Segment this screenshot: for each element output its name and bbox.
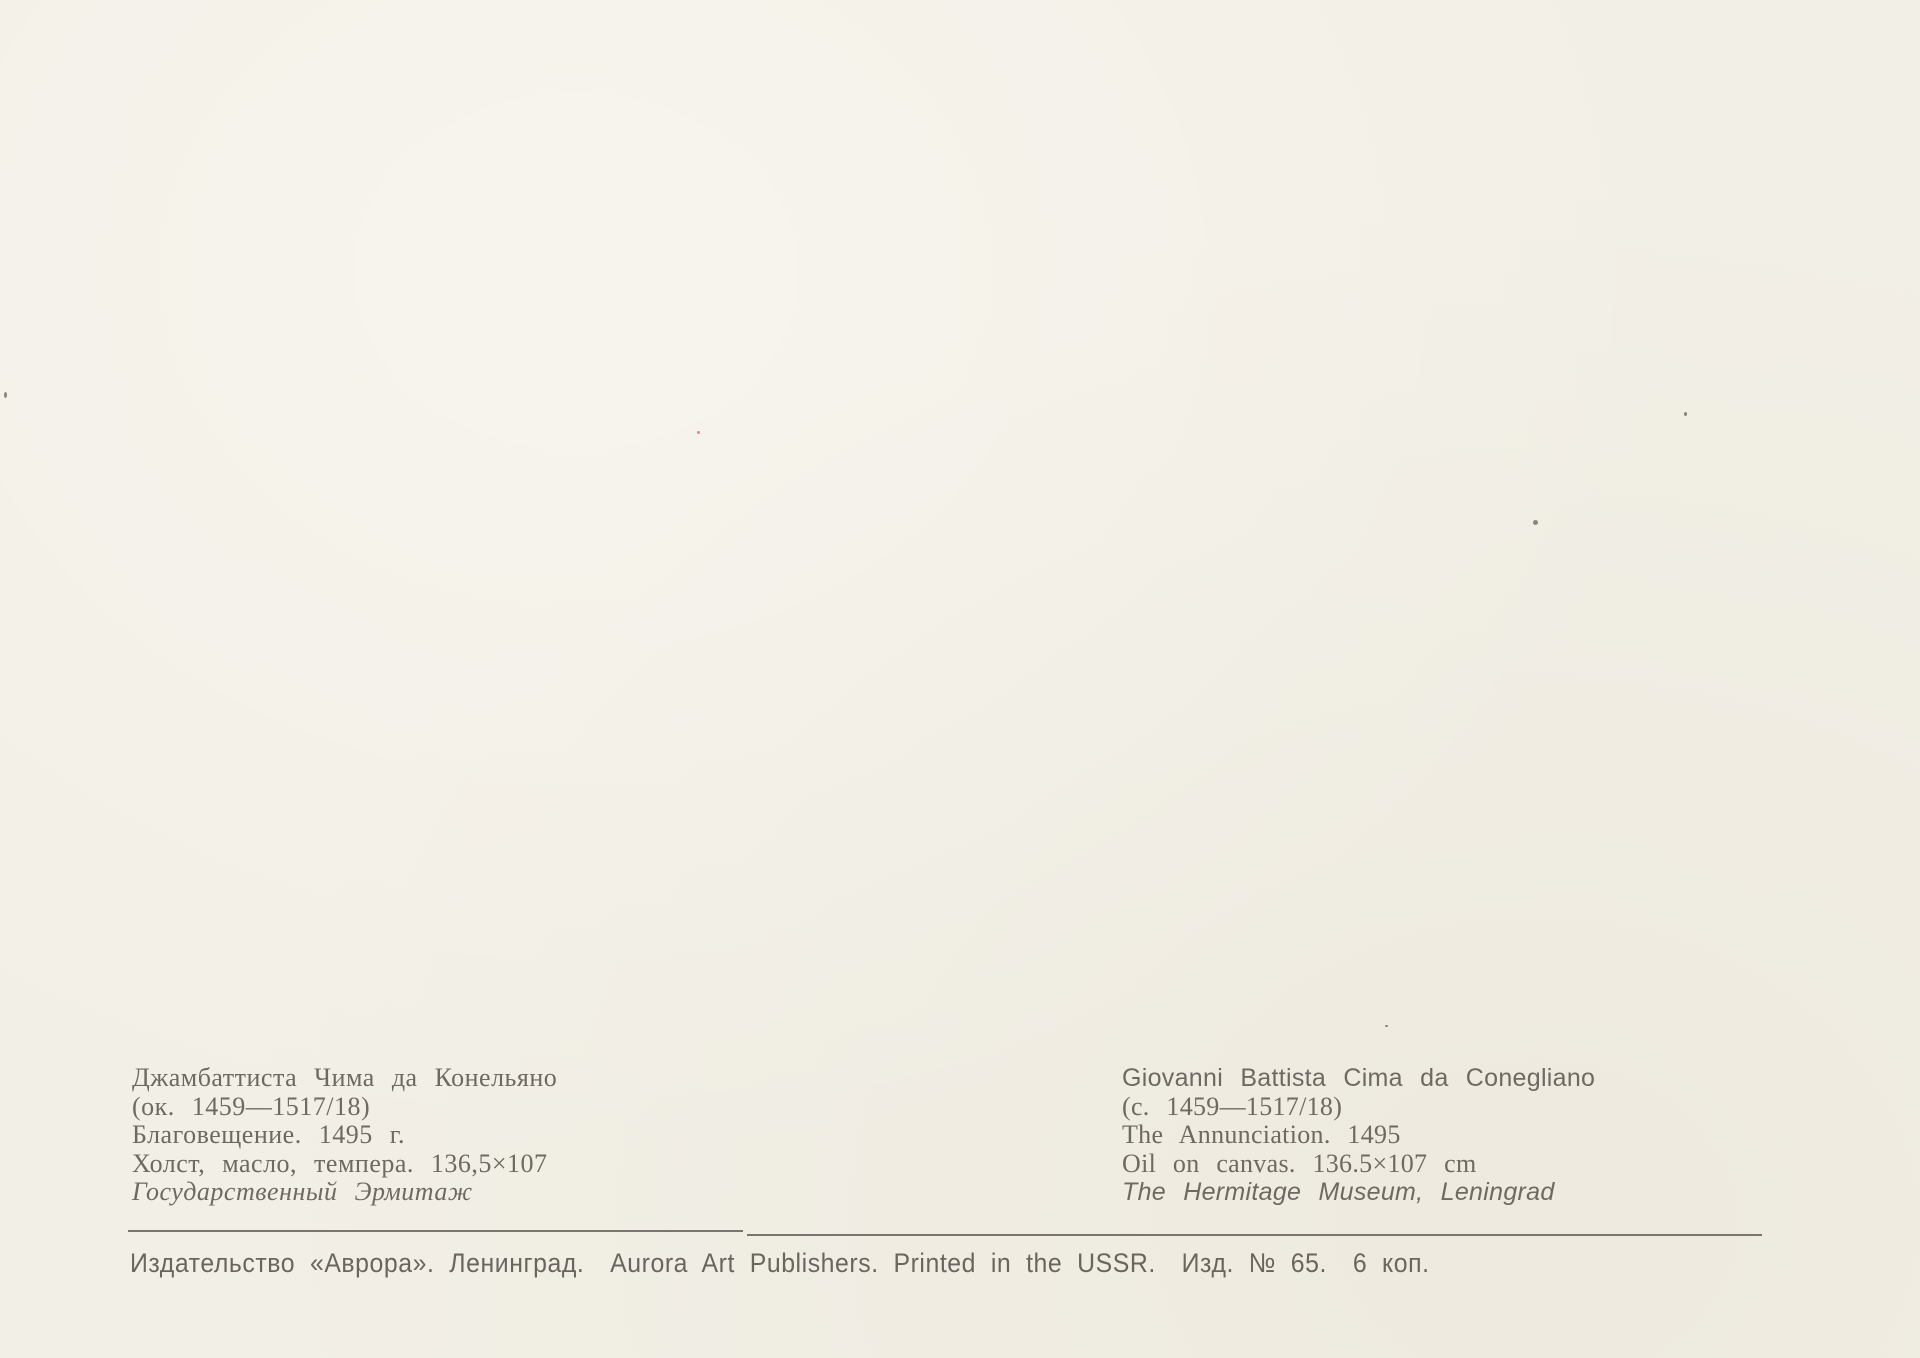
caption-english: Giovanni Battista Cima da Conegliano (c.… xyxy=(1122,1064,1595,1207)
paper-speck xyxy=(1684,412,1687,416)
medium-size-ru: Холст, масло, темпера. 136,5×107 xyxy=(132,1150,557,1179)
artist-dates-en: (c. 1459—1517/18) xyxy=(1122,1093,1595,1122)
caption-russian: Джамбаттиста Чима да Конельяно (ок. 1459… xyxy=(132,1064,557,1207)
paper-speck xyxy=(1533,520,1538,525)
artist-name-ru: Джамбаттиста Чима да Конельяно xyxy=(132,1064,557,1093)
divider-rule-right xyxy=(747,1234,1762,1236)
paper-speck xyxy=(1385,1025,1388,1027)
artist-name-en: Giovanni Battista Cima da Conegliano xyxy=(1122,1064,1595,1093)
publisher-footer: Издательство «Аврора». Ленинград. Aurora… xyxy=(130,1248,1430,1279)
paper-speck xyxy=(4,392,7,398)
publisher-en: Aurora Art Publishers. Printed in the US… xyxy=(610,1248,1156,1278)
paper-speck xyxy=(697,431,700,434)
divider-rule-left xyxy=(128,1230,743,1232)
artist-dates-ru: (ок. 1459—1517/18) xyxy=(132,1093,557,1122)
title-year-ru: Благовещение. 1495 г. xyxy=(132,1121,557,1150)
title-year-en: The Annunciation. 1495 xyxy=(1122,1121,1595,1150)
medium-size-en: Oil on canvas. 136.5×107 cm xyxy=(1122,1150,1595,1179)
edition-number: Изд. № 65. xyxy=(1182,1248,1327,1278)
publisher-ru: Издательство «Аврора». Ленинград. xyxy=(130,1248,584,1278)
collection-ru: Государственный Эрмитаж xyxy=(132,1178,557,1207)
collection-en: The Hermitage Museum, Leningrad xyxy=(1122,1178,1595,1207)
price: 6 коп. xyxy=(1353,1248,1430,1278)
